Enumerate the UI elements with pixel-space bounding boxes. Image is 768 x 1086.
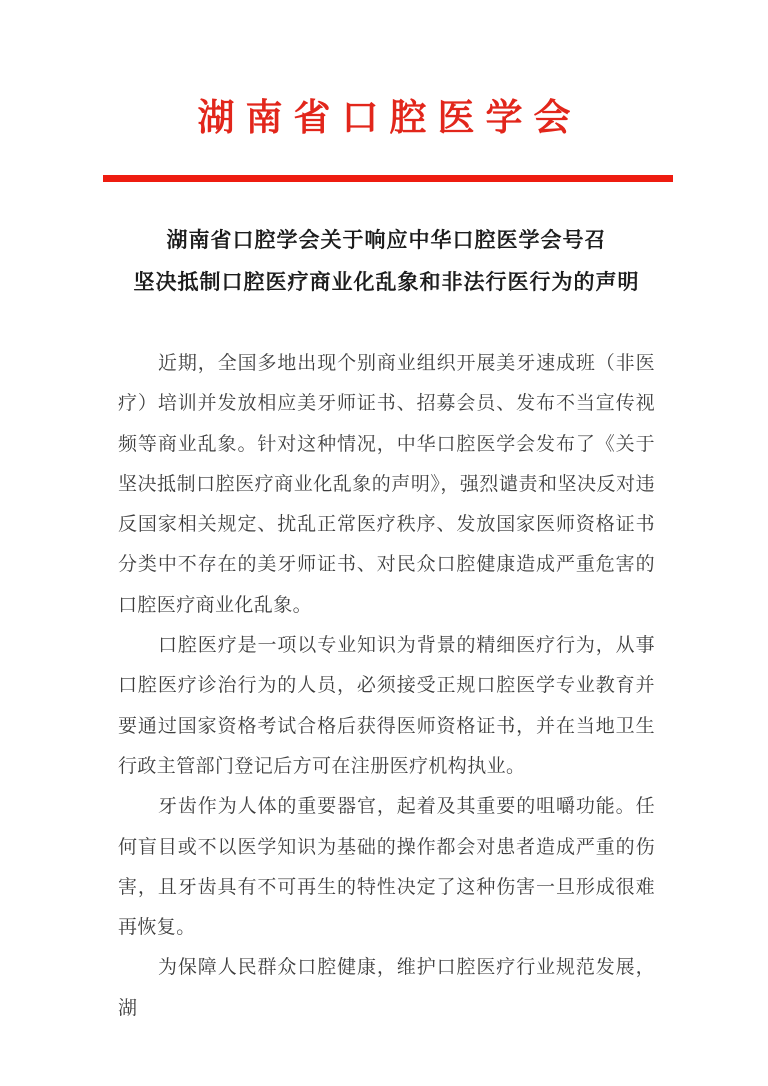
- document-heading-line2: 坚决抵制口腔医疗商业化乱象和非法行医行为的声明: [98, 261, 675, 303]
- org-name: 湖南省口腔医学会: [0, 98, 768, 140]
- paragraph: 牙齿作为人体的重要器官，起着及其重要的咀嚼功能。任何盲目或不以医学知识为基础的操…: [118, 787, 655, 948]
- document-heading: 湖南省口腔学会关于响应中华口腔医学会号召 坚决抵制口腔医疗商业化乱象和非法行医行…: [98, 219, 675, 303]
- document-heading-line1: 湖南省口腔学会关于响应中华口腔医学会号召: [98, 219, 675, 261]
- letterhead-divider: [103, 175, 673, 182]
- document-page: 湖南省口腔医学会 湖南省口腔学会关于响应中华口腔医学会号召 坚决抵制口腔医疗商业…: [0, 0, 768, 1086]
- paragraph: 为保障人民群众口腔健康，维护口腔医疗行业规范发展，湖: [118, 948, 655, 1029]
- paragraph: 近期，全国多地出现个别商业组织开展美牙速成班（非医疗）培训并发放相应美牙师证书、…: [118, 344, 655, 626]
- document-body: 近期，全国多地出现个别商业组织开展美牙速成班（非医疗）培训并发放相应美牙师证书、…: [118, 344, 655, 1029]
- paragraph: 口腔医疗是一项以专业知识为背景的精细医疗行为，从事口腔医疗诊治行为的人员，必须接…: [118, 626, 655, 787]
